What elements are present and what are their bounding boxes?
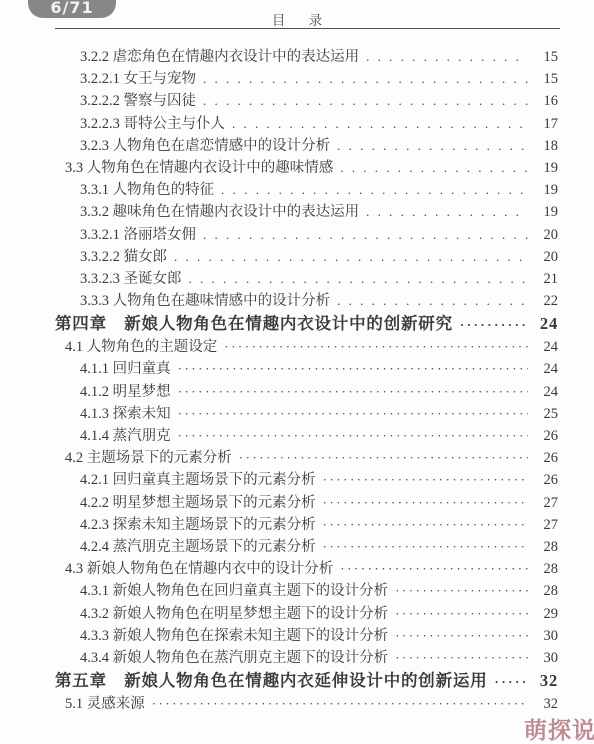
toc-entry: 4.2.2 明星梦想主题场景下的元素分析27 bbox=[55, 492, 558, 514]
toc-entry-label: 3.2.2 虐恋角色在情趣内衣设计中的表达运用 bbox=[80, 46, 359, 68]
toc-entry-label: 3.3.2.2 猫女郎 bbox=[80, 246, 167, 268]
toc-entry-label: 4.3.1 新娘人物角色在回归童真主题下的设计分析 bbox=[80, 580, 388, 602]
dot-leader bbox=[395, 625, 528, 647]
dot-leader bbox=[395, 580, 528, 602]
toc-entry: 4.2 主题场景下的元素分析26 bbox=[55, 447, 558, 469]
toc-entry-page: 17 bbox=[534, 113, 558, 135]
dot-leader bbox=[232, 113, 528, 135]
toc-entry-page: 30 bbox=[534, 625, 558, 647]
toc-entry-page: 26 bbox=[534, 425, 558, 447]
toc-entry: 4.1.3 探索未知25 bbox=[55, 403, 558, 425]
toc-entry: 4.3.1 新娘人物角色在回归童真主题下的设计分析28 bbox=[55, 580, 558, 602]
header-divider bbox=[55, 28, 560, 29]
dot-leader bbox=[203, 90, 528, 112]
toc-entry: 3.3.2 趣味角色在情趣内衣设计中的表达运用19 bbox=[55, 201, 558, 223]
toc-entry: 3.3.2.3 圣诞女郎21 bbox=[55, 268, 558, 290]
dot-leader bbox=[178, 381, 528, 403]
toc-entry-page: 30 bbox=[534, 647, 558, 669]
toc-entry-page: 27 bbox=[534, 514, 558, 536]
toc-entry: 4.1.4 蒸汽朋克26 bbox=[55, 425, 558, 447]
dot-leader bbox=[395, 603, 528, 625]
toc-entry-page: 22 bbox=[534, 290, 558, 312]
toc-entry-label: 4.3.2 新娘人物角色在明星梦想主题下的设计分析 bbox=[80, 603, 388, 625]
toc-entry: 第五章 新娘人物角色在情趣内衣延伸设计中的创新运用32 bbox=[55, 669, 558, 693]
toc-entry-page: 32 bbox=[534, 693, 558, 715]
toc-entry-label: 3.3.3 人物角色在趣味情感中的设计分析 bbox=[80, 290, 330, 312]
toc-entry-label: 3.2.2.3 哥特公主与仆人 bbox=[80, 113, 225, 135]
toc-entry-page: 24 bbox=[534, 381, 558, 403]
toc-entry: 4.3.2 新娘人物角色在明星梦想主题下的设计分析29 bbox=[55, 603, 558, 625]
dot-leader bbox=[174, 246, 528, 268]
toc-entry-page: 24 bbox=[534, 358, 558, 380]
toc-entry-page: 16 bbox=[534, 90, 558, 112]
toc-entry-page: 27 bbox=[534, 492, 558, 514]
toc-entry: 4.1.1 回归童真24 bbox=[55, 358, 558, 380]
toc-entry-label: 4.1.2 明星梦想 bbox=[80, 381, 171, 403]
dot-leader bbox=[178, 358, 528, 380]
toc-entry-label: 4.1.1 回归童真 bbox=[80, 358, 171, 380]
toc-entry-label: 4.3 新娘人物角色在情趣内衣中的设计分析 bbox=[65, 558, 333, 580]
toc-entry-label: 4.2.1 回归童真主题场景下的元素分析 bbox=[80, 469, 316, 491]
watermark-text: 萌探说 bbox=[524, 720, 594, 743]
toc-entry-label: 3.2.3 人物角色在虐恋情感中的设计分析 bbox=[80, 135, 330, 157]
toc-entry-label: 4.2.3 探索未知主题场景下的元素分析 bbox=[80, 514, 316, 536]
toc-entry-page: 24 bbox=[534, 336, 558, 358]
toc-entry-label: 4.1.3 探索未知 bbox=[80, 403, 171, 425]
toc-entry: 3.2.3 人物角色在虐恋情感中的设计分析18 bbox=[55, 135, 558, 157]
toc-entry-label: 3.2.2.2 警察与囚徒 bbox=[80, 90, 196, 112]
dot-leader bbox=[152, 693, 528, 715]
toc-entry-label: 4.3.3 新娘人物角色在探索未知主题下的设计分析 bbox=[80, 625, 388, 647]
toc-entry-page: 15 bbox=[534, 46, 558, 68]
toc-entry: 3.2.2.3 哥特公主与仆人17 bbox=[55, 113, 558, 135]
toc-entry-label: 4.1.4 蒸汽朋克 bbox=[80, 425, 171, 447]
toc-entry-page: 28 bbox=[534, 536, 558, 558]
dot-leader bbox=[340, 558, 528, 580]
toc-entry: 4.2.3 探索未知主题场景下的元素分析27 bbox=[55, 514, 558, 536]
dot-leader bbox=[337, 135, 528, 157]
toc-entry-page: 19 bbox=[534, 157, 558, 179]
toc-entry-label: 第五章 新娘人物角色在情趣内衣延伸设计中的创新运用 bbox=[55, 669, 488, 693]
toc-entry-page: 29 bbox=[534, 603, 558, 625]
dot-leader bbox=[239, 447, 528, 469]
toc-entry: 4.3.3 新娘人物角色在探索未知主题下的设计分析30 bbox=[55, 625, 558, 647]
dot-leader bbox=[203, 68, 528, 90]
toc-entry-page: 19 bbox=[534, 201, 558, 223]
toc-entry: 3.3.3 人物角色在趣味情感中的设计分析22 bbox=[55, 290, 558, 312]
toc-entry: 3.3.2.1 洛丽塔女佣20 bbox=[55, 224, 558, 246]
toc-entry: 第四章 新娘人物角色在情趣内衣设计中的创新研究24 bbox=[55, 312, 558, 336]
toc-entry-page: 32 bbox=[534, 669, 558, 693]
toc-entry-page: 20 bbox=[534, 246, 558, 268]
dot-leader bbox=[460, 313, 528, 337]
toc-entry-label: 4.2.2 明星梦想主题场景下的元素分析 bbox=[80, 492, 316, 514]
toc-entry-label: 3.3.2.1 洛丽塔女佣 bbox=[80, 224, 196, 246]
toc-entry: 4.2.1 回归童真主题场景下的元素分析26 bbox=[55, 469, 558, 491]
toc-entry-label: 4.2.4 蒸汽朋克主题场景下的元素分析 bbox=[80, 536, 316, 558]
toc-entry: 4.3 新娘人物角色在情趣内衣中的设计分析28 bbox=[55, 558, 558, 580]
toc-entry-label: 3.3.2 趣味角色在情趣内衣设计中的表达运用 bbox=[80, 201, 359, 223]
toc-entry: 3.2.2.2 警察与囚徒16 bbox=[55, 90, 558, 112]
toc-entry-label: 5.1 灵感来源 bbox=[65, 693, 145, 715]
toc-entry: 4.3.4 新娘人物角色在蒸汽朋克主题下的设计分析30 bbox=[55, 647, 558, 669]
toc-title: 目 录 bbox=[0, 9, 594, 29]
toc-entry: 3.3.2.2 猫女郎20 bbox=[55, 246, 558, 268]
dot-leader bbox=[203, 224, 528, 246]
toc-entry: 5.1 灵感来源32 bbox=[55, 693, 558, 715]
toc-entry-label: 3.3 人物角色在情趣内衣设计中的趣味情感 bbox=[65, 157, 333, 179]
dot-leader bbox=[323, 536, 528, 558]
toc-entry-label: 3.2.2.1 女王与宠物 bbox=[80, 68, 196, 90]
dot-leader bbox=[189, 268, 529, 290]
toc-entry-page: 19 bbox=[534, 179, 558, 201]
toc-entry-page: 28 bbox=[534, 558, 558, 580]
toc-entry-page: 26 bbox=[534, 447, 558, 469]
toc-list: 3.2.2 虐恋角色在情趣内衣设计中的表达运用153.2.2.1 女王与宠物15… bbox=[55, 46, 558, 715]
dot-leader bbox=[495, 670, 529, 694]
toc-entry-label: 4.2 主题场景下的元素分析 bbox=[65, 447, 232, 469]
dot-leader bbox=[366, 201, 528, 223]
dot-leader bbox=[323, 514, 528, 536]
dot-leader bbox=[323, 469, 528, 491]
toc-entry: 4.1 人物角色的主题设定24 bbox=[55, 336, 558, 358]
dot-leader bbox=[323, 492, 528, 514]
toc-entry-page: 24 bbox=[534, 312, 558, 336]
dot-leader bbox=[221, 179, 528, 201]
dot-leader bbox=[178, 403, 528, 425]
toc-entry-page: 25 bbox=[534, 403, 558, 425]
dot-leader bbox=[395, 647, 528, 669]
toc-entry-page: 26 bbox=[534, 469, 558, 491]
dot-leader bbox=[224, 336, 528, 358]
toc-entry-label: 3.3.2.3 圣诞女郎 bbox=[80, 268, 182, 290]
toc-entry-page: 15 bbox=[534, 68, 558, 90]
toc-entry-page: 28 bbox=[534, 580, 558, 602]
toc-entry-page: 21 bbox=[534, 268, 558, 290]
dot-leader bbox=[337, 290, 528, 312]
dot-leader bbox=[340, 157, 528, 179]
dot-leader bbox=[178, 425, 528, 447]
toc-entry: 3.2.2.1 女王与宠物15 bbox=[55, 68, 558, 90]
toc-entry-label: 4.1 人物角色的主题设定 bbox=[65, 336, 217, 358]
toc-entry-label: 4.3.4 新娘人物角色在蒸汽朋克主题下的设计分析 bbox=[80, 647, 388, 669]
toc-entry: 3.3.1 人物角色的特征19 bbox=[55, 179, 558, 201]
toc-entry: 3.2.2 虐恋角色在情趣内衣设计中的表达运用15 bbox=[55, 46, 558, 68]
toc-entry-page: 18 bbox=[534, 135, 558, 157]
toc-entry-page: 20 bbox=[534, 224, 558, 246]
toc-entry-label: 3.3.1 人物角色的特征 bbox=[80, 179, 214, 201]
toc-entry: 4.2.4 蒸汽朋克主题场景下的元素分析28 bbox=[55, 536, 558, 558]
dot-leader bbox=[366, 46, 528, 68]
toc-entry: 3.3 人物角色在情趣内衣设计中的趣味情感19 bbox=[55, 157, 558, 179]
toc-entry: 4.1.2 明星梦想24 bbox=[55, 381, 558, 403]
toc-entry-label: 第四章 新娘人物角色在情趣内衣设计中的创新研究 bbox=[55, 312, 453, 336]
